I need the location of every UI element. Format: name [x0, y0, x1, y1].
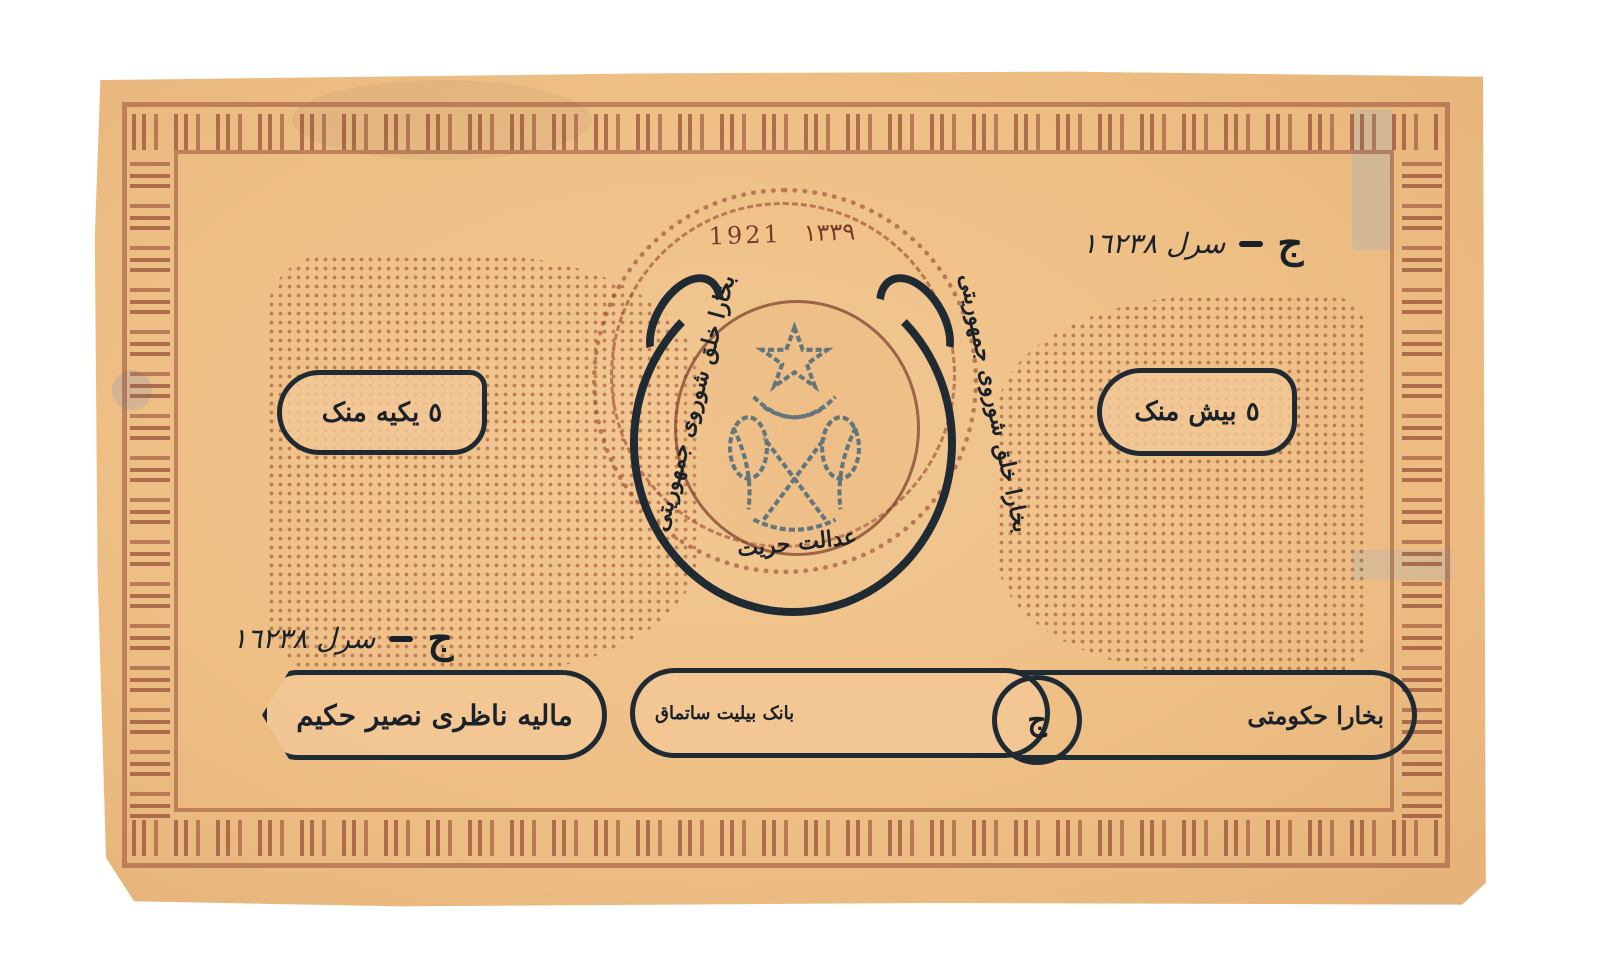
- signature-cartouche-bank: بانک بیلیت ساتماق: [630, 668, 1050, 758]
- signature-text-bank: بانک بیلیت ساتماق: [655, 703, 794, 724]
- signature-cartouche-finance: مالیه ناظری نصیر حکیم: [262, 670, 607, 760]
- serial-number-bottom: سرل ١٦٢٣٨ ج: [232, 615, 453, 662]
- series-mark: ج: [1277, 220, 1303, 267]
- signature-text-finance: مالیه ناظری نصیر حکیم: [296, 699, 573, 732]
- denomination-text-right: ٥ بیش منک: [1134, 397, 1259, 427]
- series-mark: ج: [427, 615, 453, 662]
- year-gregorian: 1921: [708, 220, 782, 251]
- serial-value: سرل ١٦٢٣٨: [1082, 227, 1225, 260]
- denomination-cartouche-right: ٥ بیش منک: [1097, 368, 1297, 456]
- banknote: 1921 ١٣٣٩ عدالت حریت بخارا خلق شوروی جمه…: [92, 70, 1490, 908]
- denomination-cartouche-left: ٥ یکیه منک: [277, 370, 487, 455]
- signature-text-government: بخارا حکومتی: [1247, 701, 1384, 730]
- year-hijri: ١٣٣٩: [803, 217, 856, 247]
- serial-dash: [1239, 241, 1263, 247]
- serial-dash: [389, 636, 413, 642]
- serial-number-top: سرل ١٦٢٣٨ ج: [1082, 220, 1303, 267]
- round-seal-badge: ج: [992, 675, 1082, 765]
- denomination-text-left: ٥ یکیه منک: [322, 398, 443, 428]
- dot-lattice-panel-right: [997, 295, 1367, 675]
- serial-value: سرل ١٦٢٣٨: [232, 622, 375, 655]
- badge-letter: ج: [1027, 703, 1046, 738]
